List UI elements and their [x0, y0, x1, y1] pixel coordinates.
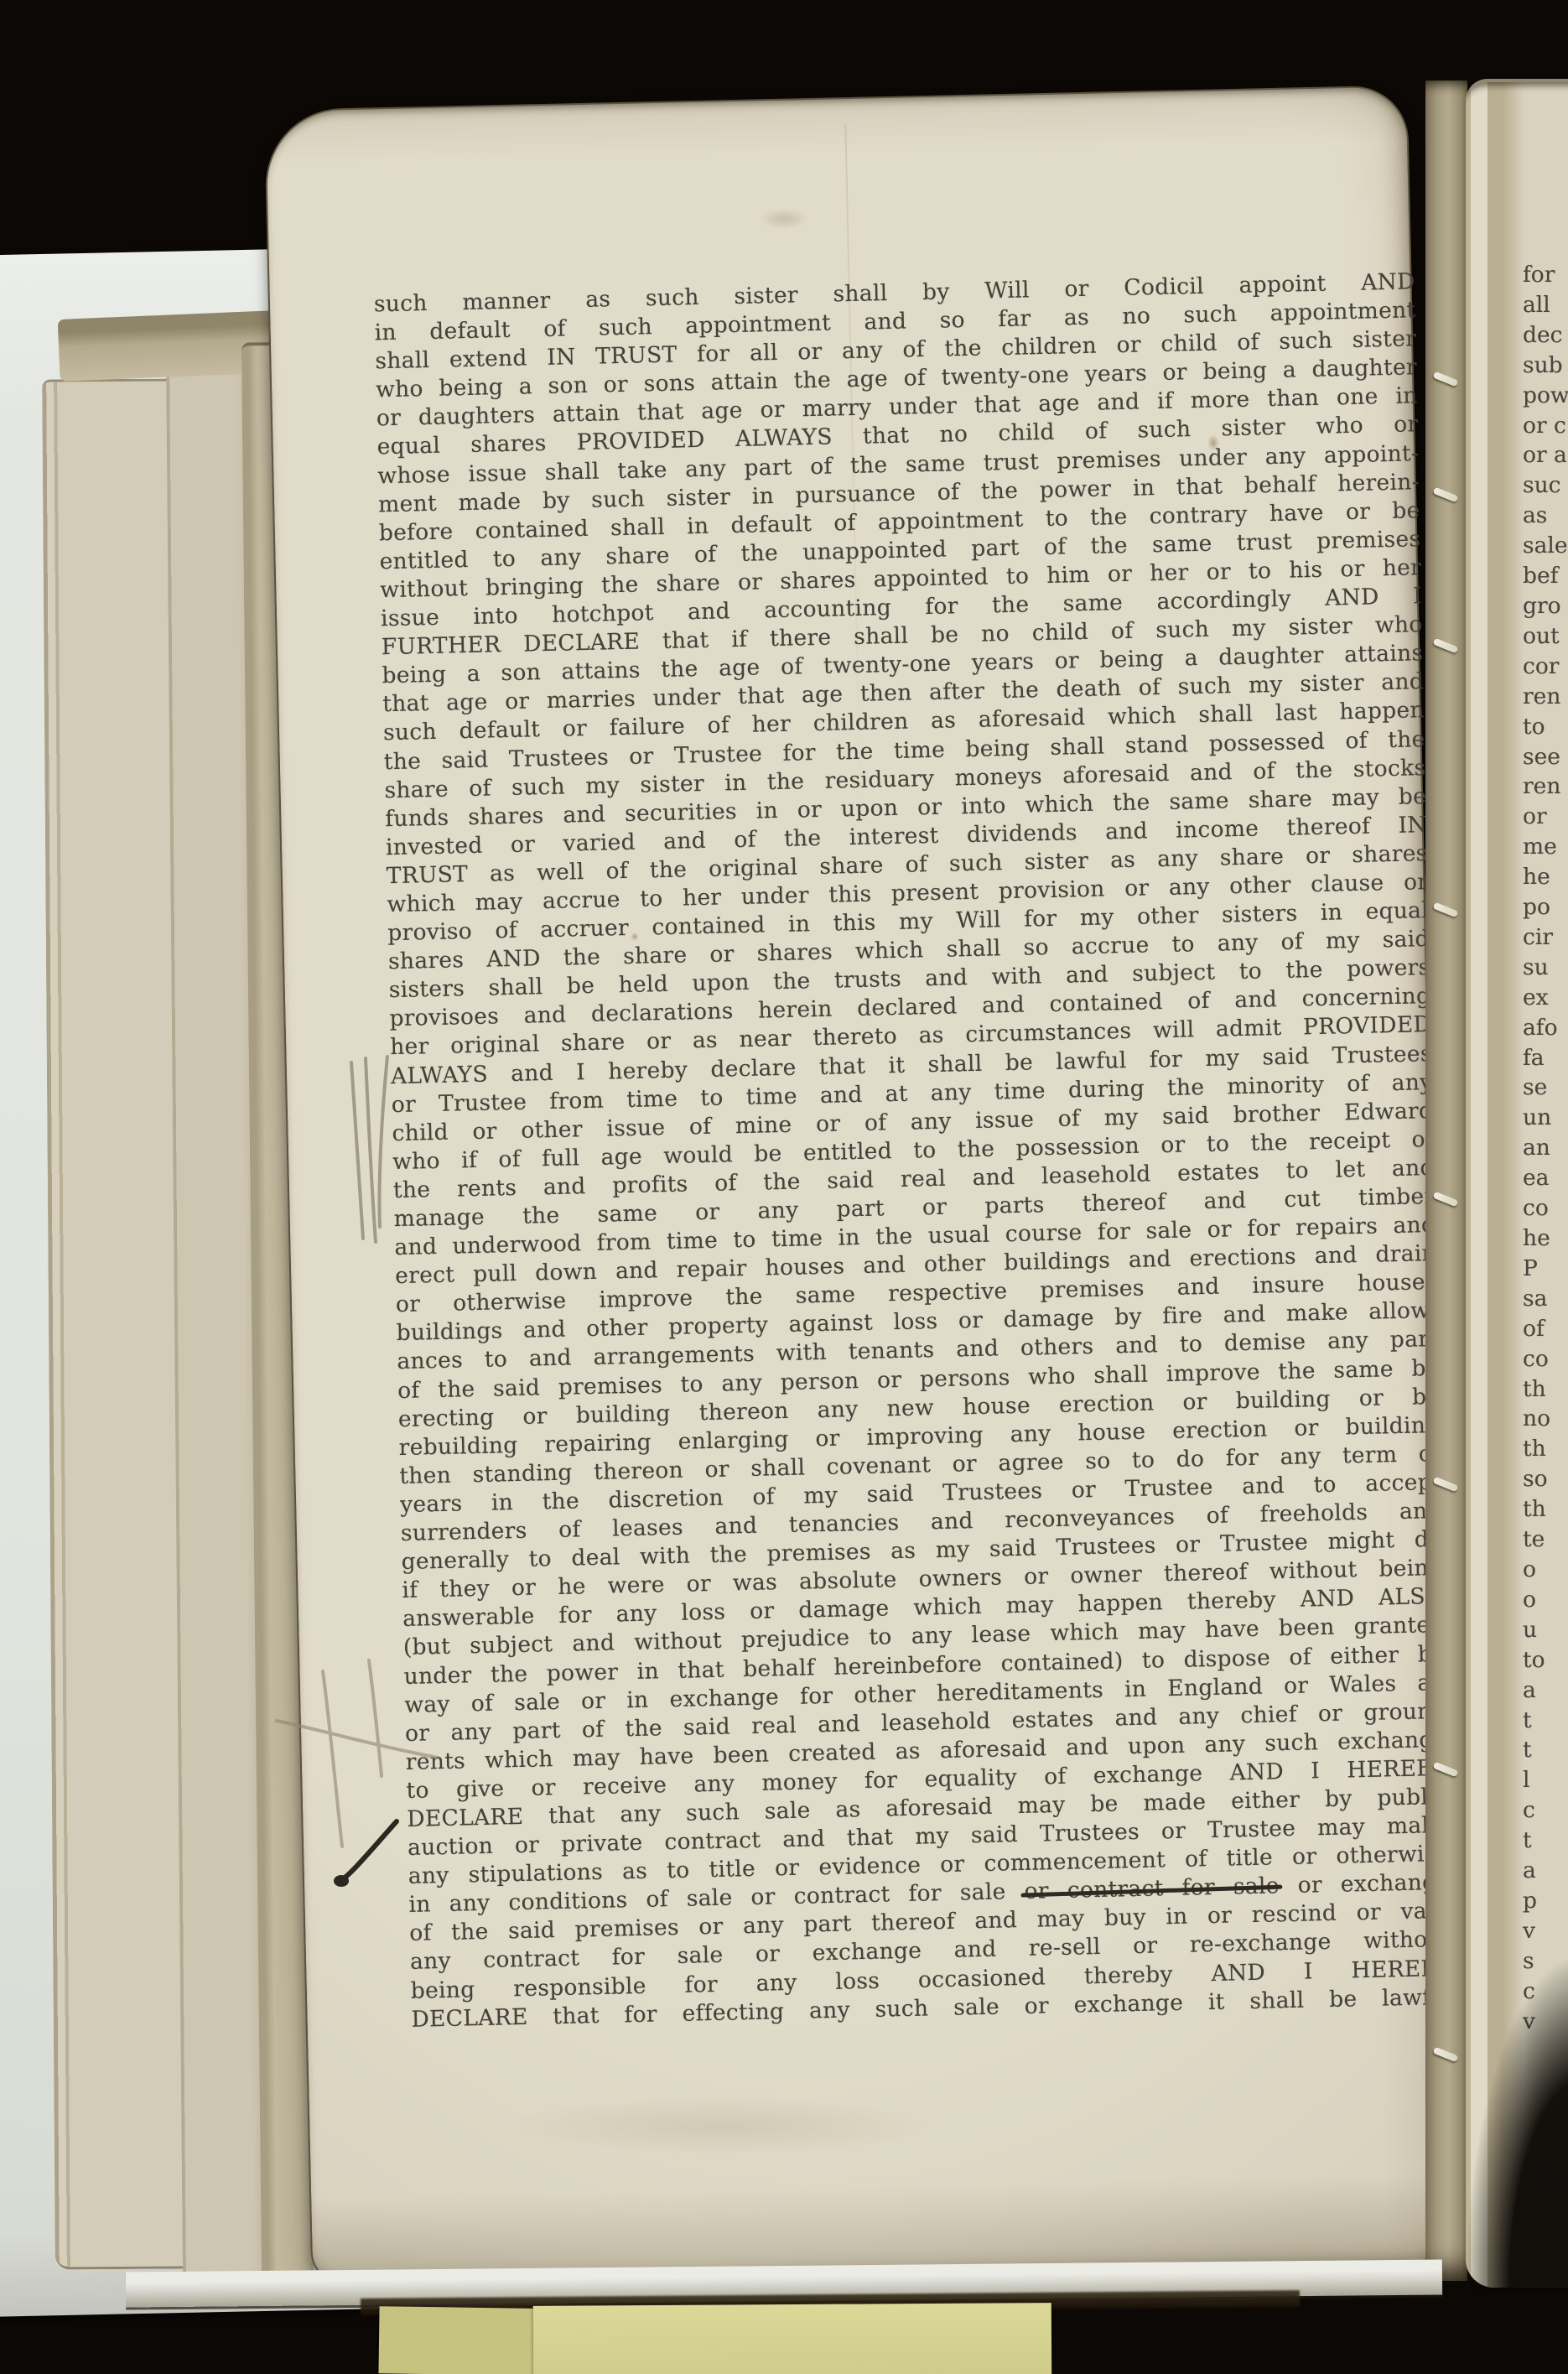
- binding-stitch: [1433, 1762, 1459, 1778]
- fragment-line: of: [1523, 1314, 1568, 1344]
- fragment-line: c: [1523, 1795, 1568, 1826]
- binding-stitch: [1433, 487, 1459, 503]
- fragment-line: su: [1523, 953, 1568, 983]
- fragment-line: me: [1523, 832, 1568, 862]
- fragment-line: t: [1523, 1735, 1568, 1765]
- fragment-line: sale: [1523, 531, 1568, 561]
- fragment-line: he: [1523, 862, 1568, 892]
- binding-stitch: [1433, 1477, 1459, 1493]
- paper-stain: [1207, 434, 1219, 451]
- binding-stitch: [1433, 1192, 1459, 1208]
- fragment-line: pow: [1523, 381, 1568, 411]
- fragment-line: out: [1523, 621, 1568, 652]
- fragment-line: as: [1523, 501, 1568, 531]
- fragment-line: ren: [1523, 682, 1568, 712]
- right-page-text-fragments: foralldecsubpowor cor asucassalebefgroou…: [1523, 260, 1568, 2036]
- fragment-line: po: [1523, 892, 1568, 922]
- fragment-line: co: [1523, 1193, 1568, 1223]
- binding-stitch: [1433, 2047, 1459, 2063]
- fragment-line: afo: [1523, 1013, 1568, 1043]
- fragment-line: to: [1523, 712, 1568, 742]
- fragment-line: to: [1523, 1645, 1568, 1675]
- fragment-line: te: [1523, 1525, 1568, 1555]
- fragment-line: th: [1523, 1434, 1568, 1464]
- fragment-line: no: [1523, 1404, 1568, 1434]
- right-page-partial: foralldecsubpowor cor asucassalebefgroou…: [1466, 79, 1568, 2288]
- binding-stitch: [1433, 638, 1459, 654]
- fragment-line: P: [1523, 1254, 1568, 1284]
- fragment-line: ea: [1523, 1163, 1568, 1193]
- fragment-line: an: [1523, 1133, 1568, 1163]
- fragment-line: see: [1523, 742, 1568, 772]
- fragment-line: t: [1523, 1706, 1568, 1736]
- fragment-line: ren: [1523, 771, 1568, 802]
- yellow-paper-slip: [533, 2303, 1052, 2374]
- fragment-line: th: [1523, 1374, 1568, 1405]
- fragment-line: all: [1523, 290, 1568, 320]
- fragment-line: or: [1523, 802, 1568, 832]
- corner-shadow: [1457, 1823, 1568, 2293]
- fragment-line: he: [1523, 1223, 1568, 1254]
- fragment-line: dec: [1523, 320, 1568, 351]
- fragment-line: cir: [1523, 922, 1568, 953]
- paper-stain: [759, 208, 809, 230]
- fragment-line: u: [1523, 1615, 1568, 1645]
- fragment-line: se: [1523, 1073, 1568, 1103]
- fragment-line: fa: [1523, 1043, 1568, 1073]
- scanned-book-photo: such manner as such sister shall by Will…: [0, 0, 1568, 2374]
- left-page: such manner as such sister shall by Will…: [266, 86, 1453, 2284]
- fragment-line: sub: [1523, 351, 1568, 381]
- fragment-line: un: [1523, 1103, 1568, 1133]
- fragment-line: cor: [1523, 652, 1568, 682]
- paper-stain: [503, 2096, 939, 2155]
- binding-stitch: [1433, 371, 1459, 387]
- fragment-line: or a: [1523, 440, 1568, 470]
- fragment-line: suc: [1523, 470, 1568, 501]
- paper-stain: [631, 932, 639, 941]
- fragment-line: ex: [1523, 983, 1568, 1013]
- fragment-line: so: [1523, 1464, 1568, 1494]
- fragment-line: o: [1523, 1585, 1568, 1615]
- body-text: such manner as such sister shall by Will…: [374, 268, 1453, 2034]
- fragment-line: o: [1523, 1555, 1568, 1585]
- fragment-line: or c: [1523, 411, 1568, 441]
- fragment-line: a: [1523, 1675, 1568, 1706]
- fragment-line: for: [1523, 260, 1568, 290]
- binding-stitch: [1433, 902, 1459, 918]
- fragment-line: bef: [1523, 561, 1568, 591]
- left-page-stack-edge: [42, 378, 190, 2269]
- struck-through-text: or contract for sale: [1024, 1873, 1280, 1905]
- fragment-line: gro: [1523, 591, 1568, 621]
- fragment-line: l: [1523, 1765, 1568, 1795]
- fragment-line: sa: [1523, 1284, 1568, 1314]
- fragment-line: co: [1523, 1344, 1568, 1374]
- fragment-line: th: [1523, 1494, 1568, 1525]
